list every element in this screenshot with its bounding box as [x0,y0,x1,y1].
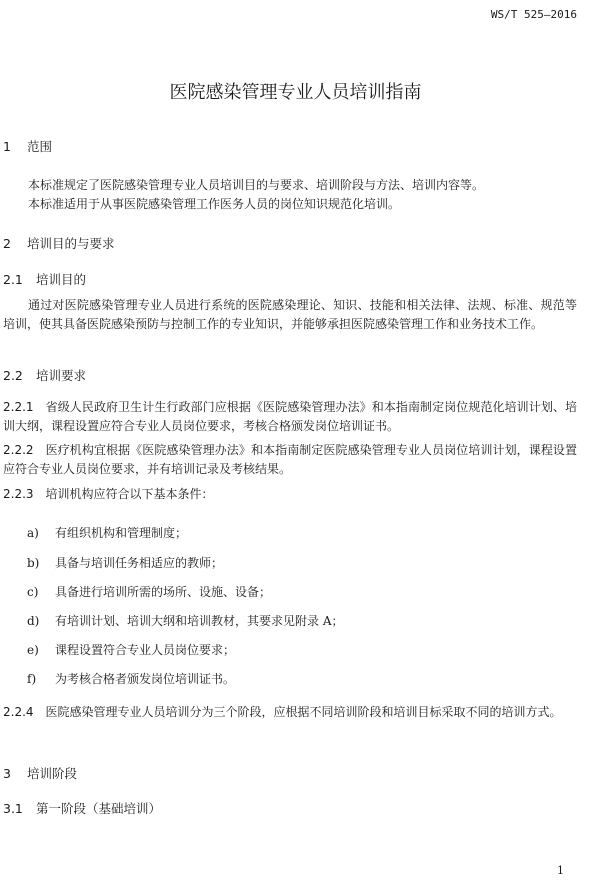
clause-number: 2.2.4 [3,705,34,719]
clause-number: 2.2.3 [3,487,34,501]
list-marker: f) [27,672,55,686]
clause-number: 2.2.1 [3,400,34,414]
list-marker: c) [27,585,55,599]
clause-text: 省级人民政府卫生计生行政部门应根据《医院感染管理办法》和本指南制定岗位规范化培训… [3,400,577,433]
section-number: 2 [3,236,27,251]
section-number: 1 [3,139,27,154]
clause-2-2-4: 2.2.4医院感染管理专业人员培训分为三个阶段，应根据不同培训阶段和培训目标采取… [3,703,577,722]
section-title: 第一阶段（基础培训） [36,801,161,816]
section-number: 2.1 [3,272,36,287]
list-text: 有组织机构和管理制度； [55,526,187,540]
clause-number: 2.2.2 [3,443,34,457]
list-text: 具备进行培训所需的场所、设施、设备； [55,585,271,599]
list-marker: d) [27,614,55,628]
list-text: 为考核合格者颁发岗位培训证书。 [55,672,235,686]
section-heading-3-1: 3.1第一阶段（基础培训） [3,799,161,817]
list-marker: e) [27,643,55,657]
purpose-paragraph: 通过对医院感染管理专业人员进行系统的医院感染理论、知识、技能和相关法律、法规、标… [3,296,577,334]
list-text: 有培训计划、培训大纲和培训教材，其要求见附录 A； [55,614,343,628]
page-number: 1 [557,864,564,877]
list-item: d)有培训计划、培训大纲和培训教材，其要求见附录 A； [27,612,343,629]
clause-2-2-2: 2.2.2医疗机构宜根据《医院感染管理办法》和本指南制定医院感染管理专业人员岗位… [3,441,577,479]
list-item: b)具备与培训任务相适应的教师； [27,554,223,571]
section-title: 培训目的 [36,272,86,287]
clause-2-2-1: 2.2.1省级人民政府卫生计生行政部门应根据《医院感染管理办法》和本指南制定岗位… [3,398,577,436]
clause-text: 医院感染管理专业人员培训分为三个阶段，应根据不同培训阶段和培训目标采取不同的培训… [46,705,562,719]
section-heading-1: 1范围 [3,137,52,155]
section-number: 3 [3,766,27,781]
list-item: a)有组织机构和管理制度； [27,524,187,541]
section-title: 培训目的与要求 [27,236,115,251]
clause-2-2-3: 2.2.3培训机构应符合以下基本条件： [3,485,577,504]
section-heading-2-1: 2.1培训目的 [3,270,86,288]
list-marker: a) [27,526,55,540]
section-number: 3.1 [3,801,36,816]
section-heading-2-2: 2.2培训要求 [3,366,86,384]
standard-code: WS/T 525—2016 [491,8,577,21]
list-item: f)为考核合格者颁发岗位培训证书。 [27,670,235,687]
list-text: 课程设置符合专业人员岗位要求； [55,643,235,657]
list-item: e)课程设置符合专业人员岗位要求； [27,641,235,658]
section-title: 培训阶段 [27,766,77,781]
section-title: 范围 [27,139,52,154]
list-item: c)具备进行培训所需的场所、设施、设备； [27,583,271,600]
document-title: 医院感染管理专业人员培训指南 [0,78,591,104]
clause-text: 医疗机构宜根据《医院感染管理办法》和本指南制定医院感染管理专业人员岗位培训计划，… [3,443,577,476]
list-text: 具备与培训任务相适应的教师； [55,556,223,570]
list-marker: b) [27,556,55,570]
section-heading-2: 2培训目的与要求 [3,234,115,252]
scope-paragraph-1: 本标准规定了医院感染管理专业人员培训目的与要求、培训阶段与方法、培训内容等。 [3,176,577,195]
scope-paragraph-2: 本标准适用于从事医院感染管理工作医务人员的岗位知识规范化培训。 [3,195,577,214]
section-number: 2.2 [3,368,36,383]
section-title: 培训要求 [36,368,86,383]
clause-text: 培训机构应符合以下基本条件： [46,487,214,501]
section-heading-3: 3培训阶段 [3,764,77,782]
